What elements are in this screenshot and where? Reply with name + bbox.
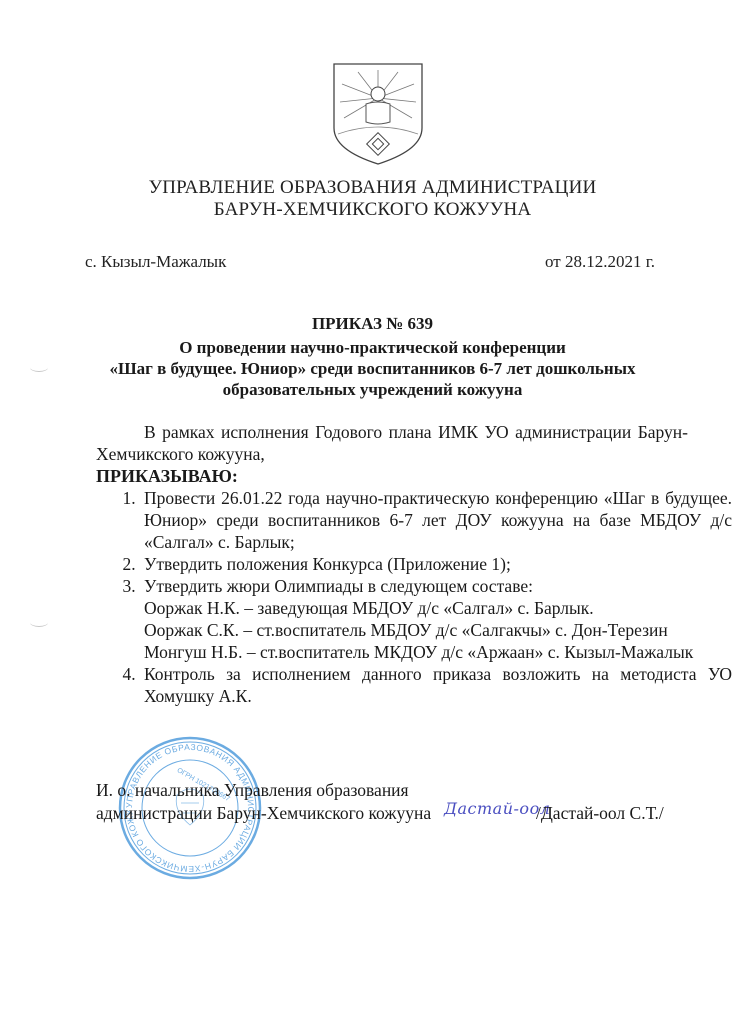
order-item-text: Утвердить жюри Олимпиады в следующем сос… xyxy=(144,576,533,596)
jury-member: Ооржак Н.К. – заведующая МБДОУ д/с «Салг… xyxy=(144,597,732,619)
punch-hole-mark xyxy=(30,363,48,372)
order-item: Контроль за исполнением данного приказа … xyxy=(140,663,732,707)
decree-heading: ПРИКАЗЫВАЮ: xyxy=(96,465,238,487)
organization-name-line-2: БАРУН-ХЕМЧИКСКОГО КОЖУУНА xyxy=(0,199,745,221)
order-item: Провести 26.01.22 года научно-практическ… xyxy=(140,487,732,553)
signer-position-line-1: И. о. начальника Управления образования xyxy=(96,780,409,801)
order-subject-line: образовательных учреждений кожууна xyxy=(0,380,745,400)
coat-of-arms-icon xyxy=(330,58,426,168)
order-subject-line: О проведении научно-практической конфере… xyxy=(0,338,745,358)
order-item: Утвердить жюри Олимпиады в следующем сос… xyxy=(140,575,732,663)
handwritten-signature: Дастай-оол xyxy=(444,799,550,818)
place: с. Кызыл-Мажалык xyxy=(85,252,226,272)
punch-hole-mark xyxy=(30,618,48,627)
order-item-text: Провести 26.01.22 года научно-практическ… xyxy=(144,488,732,552)
order-items: Провести 26.01.22 года научно-практическ… xyxy=(96,487,732,707)
order-item-text: Контроль за исполнением данного приказа … xyxy=(144,664,732,706)
jury-member: Монгуш Н.Б. – ст.воспитатель МКДОУ д/с «… xyxy=(144,641,732,663)
order-item: Утвердить положения Конкурса (Приложение… xyxy=(140,553,732,575)
order-item-text: Утвердить положения Конкурса (Приложение… xyxy=(144,554,511,574)
order-number: ПРИКАЗ № 639 xyxy=(0,314,745,334)
order-subject-line: «Шаг в будущее. Юниор» среди воспитанник… xyxy=(0,359,745,379)
signer-position-line-2: администрации Барун-Хемчикского кожууна xyxy=(96,803,431,824)
organization-name-line-1: УПРАВЛЕНИЕ ОБРАЗОВАНИЯ АДМИНИСТРАЦИИ xyxy=(0,177,745,199)
document-date: от 28.12.2021 г. xyxy=(545,252,655,272)
signer-name: /Дастай-оол С.Т./ xyxy=(536,803,664,824)
jury-member: Ооржак С.К. – ст.воспитатель МБДОУ д/с «… xyxy=(144,619,732,641)
preamble: В рамках исполнения Годового плана ИМК У… xyxy=(96,421,688,465)
